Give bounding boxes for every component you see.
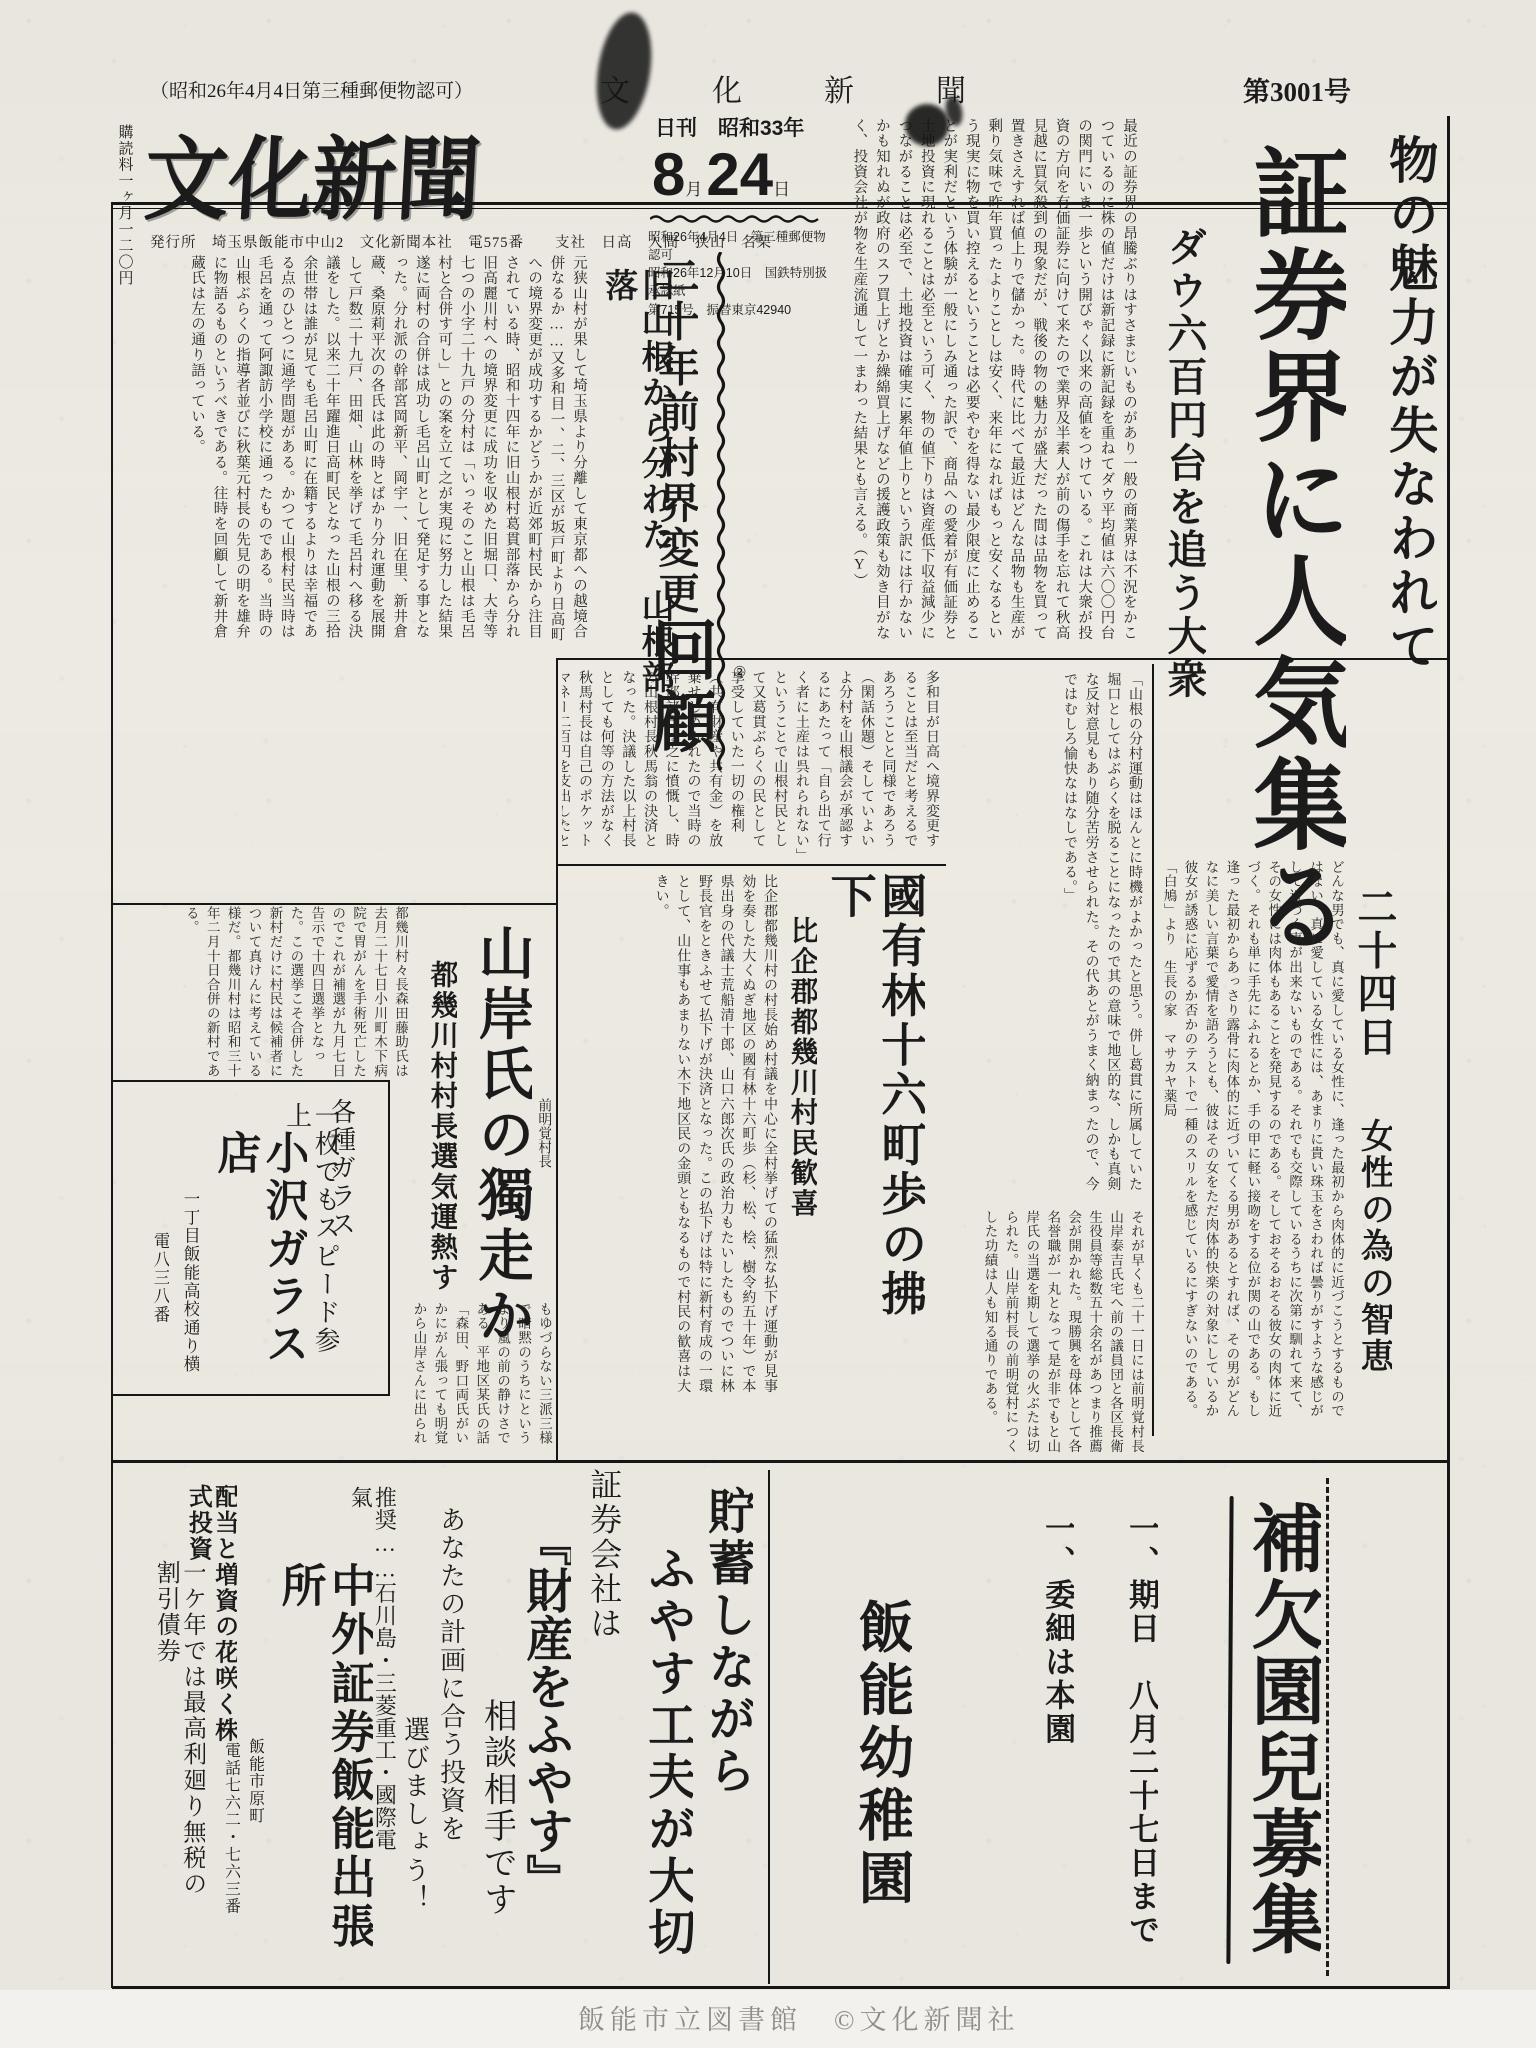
issue-number: 第3001号 [1243,70,1351,109]
chugai-ad-address: 飯能市原町 [246,1738,264,1858]
kindergarten-ad-name: 飯能幼稚園 [850,1598,912,1958]
date-month-unit: 月 [685,180,702,199]
chugai-ad-plan1: あなたの計画に合う投資を [436,1506,465,1846]
kindergarten-ad-brush-rule [1226,1496,1233,1964]
yamagishi-body-1: 都幾川村々長森田藤助氏は去月二十七日小川町木下病院で胃がんを手術死亡したのでこれ… [120,906,410,1078]
postal-approval-note: （昭和26年4月4日第三種郵便物認可） [150,76,473,103]
chugai-ad-lead3: 相談相手です [478,1698,515,1938]
masthead-logo: 文化新聞 [142,107,485,238]
kaiko-page-marker: ② [733,663,746,682]
library-credit: 飯能市立図書館 ©文化新聞社 [578,1998,1020,2037]
yamagishi-headline-note: 前明覚村長 [536,1098,551,1198]
ad-band-rule [112,1460,1450,1463]
chugai-ad-note2: 一ケ年では最高利廻り無税の割引債券 [152,1560,205,1920]
women-column-rule [1152,664,1154,1436]
yamagishi-top-rule [113,903,556,905]
ozawa-ad-bottom-rule [113,1394,390,1396]
yamagishi-subhead: 都幾川村村長選気運熱す [426,960,457,1300]
ad-divider-rule [768,1470,770,1984]
kokuyurin-top-rule [556,864,946,866]
kaiko-body-2: 多和目が日高へ境界変更することは至当だと考えるであろうことと同様であろう（閑話休… [562,670,942,862]
ozawa-ad-address: 一丁目飯能高校通り横 [180,1190,199,1380]
kaiko-body-1: 元狭山村が果して埼玉県より分離して東京都への越境合併なるか……又多和目一、二、三… [120,255,590,653]
chugai-ad-lead2: 『財産をふやす』 [518,1518,571,1878]
ozawa-ad-right-rule [388,1080,390,1396]
women-column-date: 二十四日 [1352,886,1396,1086]
women-column-body: どんな男でも、真に愛している女性に、逢った最初から肉体的に近づこうとするものでは… [1160,860,1346,1432]
page-title: 文 化 新 聞 [600,66,992,110]
yamagishi-body-2: もゆづらない三派三様で暗黙のうちにというより嵐の前の静けさである。平地区某氏の話… [414,1302,554,1458]
left-frame-rule [111,202,113,1988]
kokuyurin-body: 比企郡都幾川村の村長始め村議を中心に全村挙げての猛烈な払下げ運動が見事効を奏した… [560,874,780,1394]
chugai-ad-lead1: 証券会社は [586,1468,621,1668]
main-article-body: 最近の証券界の昂騰ぶりはすさまじいものがあり一般の商業界は不況をかこつているのに… [727,118,1140,655]
chugai-ad-tel: 電話七六二・七六三番 [222,1742,240,1952]
kindergarten-ad-item1: 一、期日 八月二十七日まで [1124,1512,1158,1962]
newspaper-page: （昭和26年4月4日第三種郵便物認可） 文 化 新 聞 第3001号 購読料一ヶ… [0,0,1536,2048]
yamagishi-body-3: それが早くも二十一日には前明覚村長山岸泰吉氏宅へ前の議員団と各区長衛生役員等総数… [950,1210,1146,1456]
women-column-title: 女性の為の智恵 [1355,1118,1392,1418]
chugai-ad-catch2: ふやす工夫が大切 [640,1544,693,1964]
main-article-kicker: 物の魅力が失なわれて [1382,134,1437,744]
chugai-ad-catch1: 貯蓄しながら [700,1486,753,1806]
ink-smudge [589,9,659,134]
ozawa-ad-tel: 電八三八番 [150,1232,169,1352]
kindergarten-ad-headline: 補欠園兒募集 [1240,1500,1321,1980]
chugai-ad-name: 中外証券飯能出張所 [274,1562,373,1992]
ink-smudge [905,104,949,146]
date-month: 8 [652,141,685,208]
kaiko-body-3: 「山根の分村運動はほんとに時機がよかったと思う。併し葛貫に所属していた堀口として… [905,672,1145,1200]
chugai-ad-plan2: 選びましょう！ [400,1716,429,1916]
kindergarten-ad-item2: 一、委細は本園 [1040,1512,1074,1792]
ozawa-ad-top-rule [113,1080,390,1082]
ozawa-ad-name: 小沢ガラス店 [210,1130,307,1390]
section-rule-vertical [556,658,558,1460]
kokuyurin-headline: 國有林十六町歩の拂下 [824,872,925,1362]
kindergarten-ad-dashed-rule [1326,1478,1329,1976]
right-frame-rule [1447,116,1450,1988]
kokuyurin-subhead: 比企郡都幾川村民歓喜 [786,916,817,1236]
section-rule-horizontal [556,658,1447,660]
